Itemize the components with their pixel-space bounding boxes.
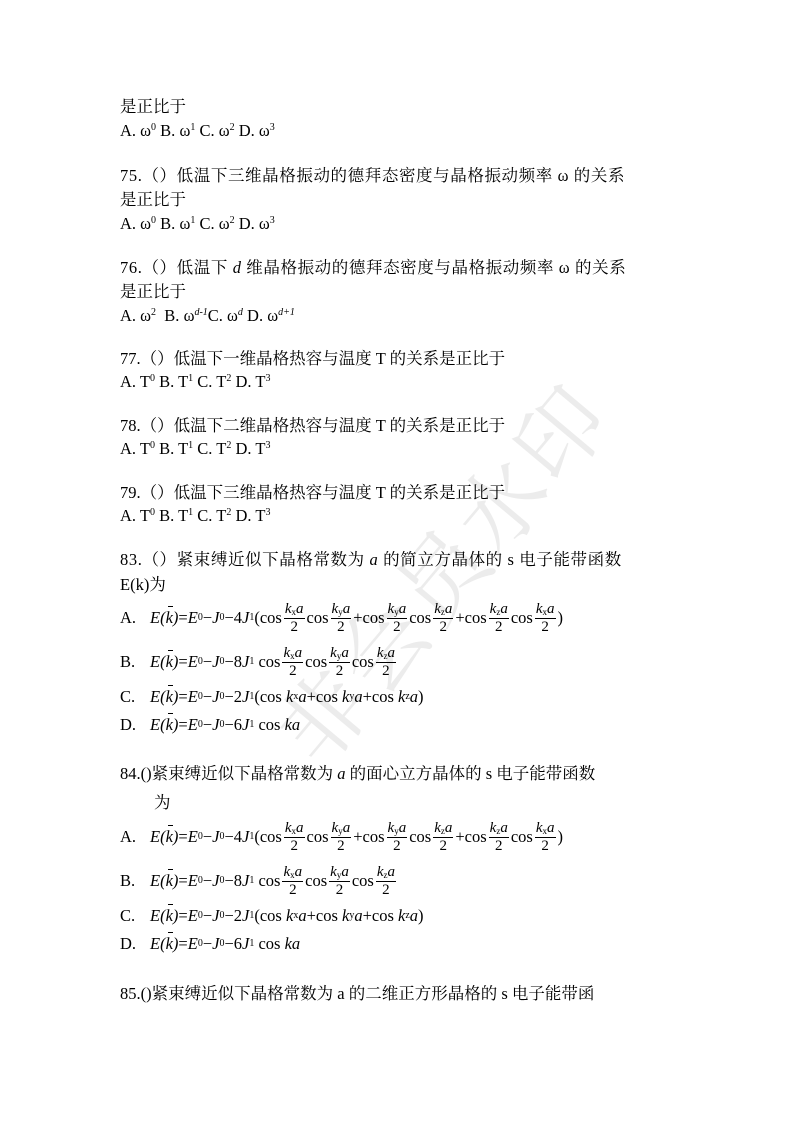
question-78-options: A. T0 B. T1 C. T2 D. T3 bbox=[120, 439, 270, 459]
question-84-stem-line2: 为 bbox=[154, 793, 171, 813]
question-options: A. ω0 B. ω1 C. ω2 D. ω3 bbox=[120, 121, 275, 141]
question-75-stem-line2: 是正比于 bbox=[120, 190, 186, 210]
question-76-stem-line2: 是正比于 bbox=[120, 282, 186, 302]
question-76-stem: 76.（）低温下 d 维晶格振动的德拜态密度与晶格振动频率 ω 的关系 bbox=[120, 258, 626, 278]
question-83-option-d: D. E(k) = E0 − J0 − 6J1 cos ka bbox=[120, 708, 300, 742]
question-83-option-a: A. E(k) = E0 − J0 − 4J1(cos kxa2cos kya2… bbox=[120, 601, 563, 635]
question-83-option-b: B. E(k) = E0 −J0−8J1 cos kxa2cos kya2cos… bbox=[120, 645, 398, 679]
question-77-options: A. T0 B. T1 C. T2 D. T3 bbox=[120, 372, 270, 392]
question-84-option-b: B. E(k) = E0 −J0−8J1 cos kxa2cos kya2cos… bbox=[120, 864, 398, 898]
question-75-options: A. ω0 B. ω1 C. ω2 D. ω3 bbox=[120, 214, 275, 234]
question-77-stem: 77.（）低温下一维晶格热容与温度 T 的关系是正比于 bbox=[120, 349, 505, 369]
question-79-options: A. T0 B. T1 C. T2 D. T3 bbox=[120, 506, 270, 526]
question-84-option-a: A. E(k) = E0 − J0 − 4J1(cos kxa2cos kya2… bbox=[120, 820, 563, 854]
question-76-options: A. ω2 B. ωd-1C. ωd D. ωd+1 bbox=[120, 306, 295, 326]
question-78-stem: 78.（）低温下二维晶格热容与温度 T 的关系是正比于 bbox=[120, 416, 505, 436]
question-83-stem-line2: E(k)为 bbox=[120, 575, 166, 595]
question-stem-continuation: 是正比于 bbox=[120, 97, 186, 117]
question-84-stem: 84.()紧束缚近似下晶格常数为 a 的面心立方晶体的 s 电子能带函数 bbox=[120, 764, 595, 784]
question-75-stem: 75.（）低温下三维晶格振动的德拜态密度与晶格振动频率 ω 的关系 bbox=[120, 166, 625, 186]
question-85-stem: 85.()紧束缚近似下晶格常数为 a 的二维正方形晶格的 s 电子能带函 bbox=[120, 984, 594, 1004]
question-84-option-d: D. E(k) = E0 − J0 − 6J1 cos ka bbox=[120, 927, 300, 961]
question-79-stem: 79.（）低温下三维晶格热容与温度 T 的关系是正比于 bbox=[120, 483, 505, 503]
question-83-stem: 83.（）紧束缚近似下晶格常数为 a 的简立方晶体的 s 电子能带函数 bbox=[120, 550, 622, 570]
